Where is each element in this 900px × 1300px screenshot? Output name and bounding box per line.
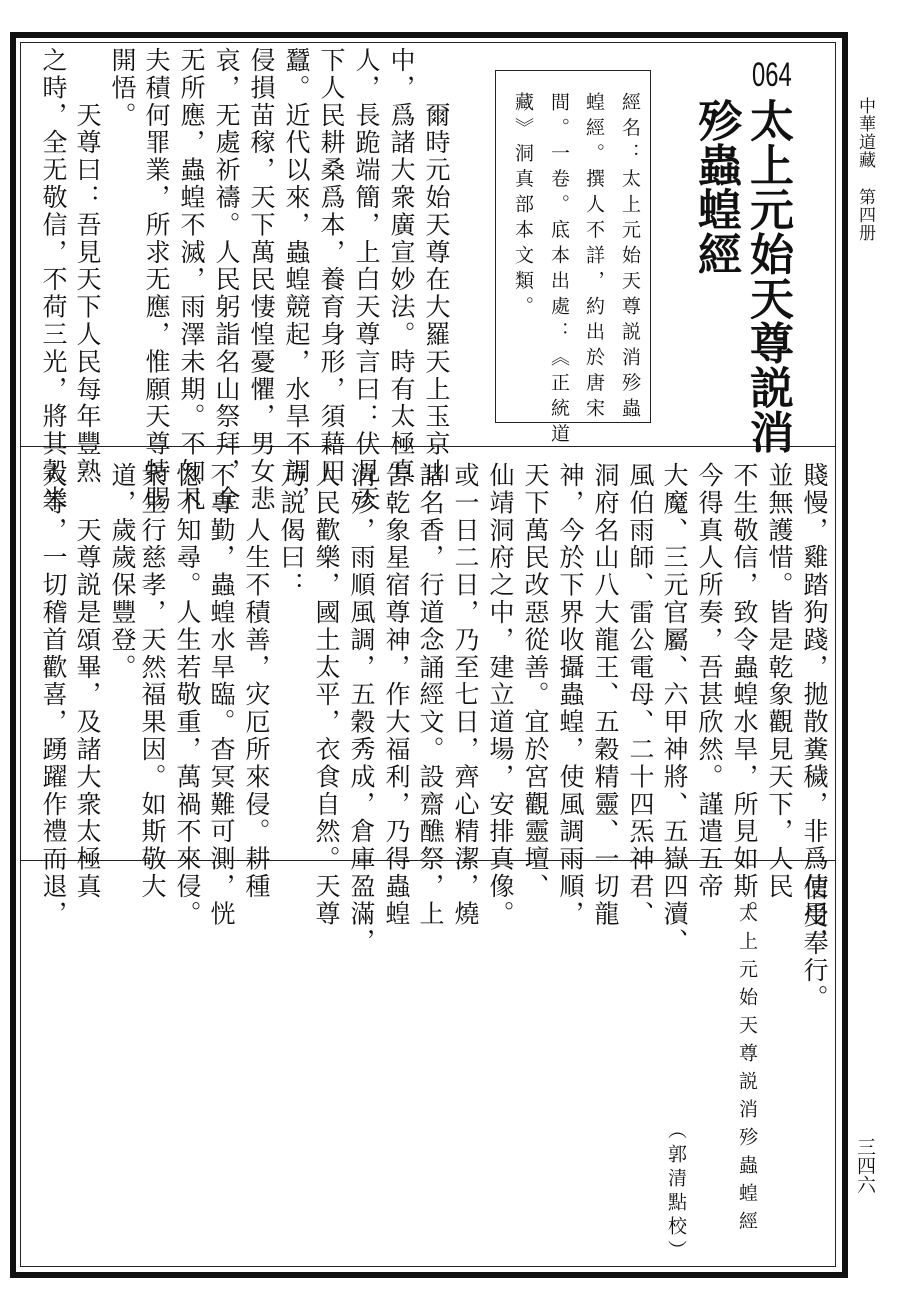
text-column: 下人民耕桑爲本，養育身形，須藉田 xyxy=(319,47,344,485)
text-column: 天下萬民改惡從善。宜於宮觀靈壇、 xyxy=(523,462,548,900)
text-column: 哀，无處祈禱。人民躬詣名山祭拜，全 xyxy=(214,47,239,513)
text-column: 人，長跪端簡，上白天尊言曰：伏見天 xyxy=(354,47,379,513)
scripture-number: 064 xyxy=(752,56,792,95)
text-column: 人等，一切稽首歡喜，踴躍作禮而退， xyxy=(41,462,66,928)
metadata-line: 間。一卷。底本出處：《正統道 xyxy=(549,92,568,449)
text-column: 並無護惜。皆是乾象觀見天下，人民 xyxy=(767,462,792,900)
text-column: 人民歡樂，國土太平，衣食自然。天尊 xyxy=(314,462,339,928)
text-column: 无所應，蟲蝗不滅，雨澤未期。不知凡 xyxy=(179,47,204,513)
text-column: 夫積何罪業，所求无應，惟願天尊特賜 xyxy=(144,47,169,513)
text-column: 惚不知尋。人生若敬重，萬禍不來侵。 xyxy=(175,462,200,928)
text-column: 爾時元始天尊在大羅天上玉京山 xyxy=(424,47,449,485)
text-column: 道，歲歲保豐登。 xyxy=(110,462,135,681)
text-column: 不生敬信，致令蟲蝗水旱，所見如斯。 xyxy=(732,462,757,928)
running-header-volume: 第四册 xyxy=(856,188,873,242)
text-column: 天尊説是頌畢，及諸大衆太極真 xyxy=(75,462,100,900)
scripture-title-line-2: 殄蟲蝗經 xyxy=(693,98,737,276)
text-column: 仙靖洞府之中，建立道場，安排真像。 xyxy=(488,462,513,928)
text-column: 乃説偈曰： xyxy=(279,462,304,599)
metadata-line: 蝗經。撰人不詳，約出於唐宋 xyxy=(584,92,603,424)
editor-note: （郭清點校） xyxy=(666,1120,685,1264)
scripture-title-line-1: 太上元始天尊説消 xyxy=(745,98,789,454)
text-column: 侵損苗稼，天下萬民悽惶憂懼，男女悲 xyxy=(249,47,274,513)
text-column: 諸名香，行道念誦經文。設齋醮祭，上 xyxy=(418,462,443,928)
metadata-line: 藏》洞真部本文類。 xyxy=(513,92,532,322)
text-column: 衆生行慈孝，天然福果因。如斯敬大 xyxy=(140,462,165,900)
text-column: 蠶。近代以來，蟲蝗競起，水旱不調， xyxy=(284,47,309,513)
text-column: 消殄，雨順風調，五穀秀成，倉庫盈滿， xyxy=(349,462,374,955)
text-column: 人生不積善，灾厄所來侵。耕種 xyxy=(244,462,269,900)
text-column: 神，今於下界收攝蟲蝗，使風調雨順， xyxy=(558,462,583,928)
text-column: 之時，全无敬信，不荷三光，將其穀米 xyxy=(41,47,66,513)
text-column: 天尊曰：吾見天下人民每年豐熟 xyxy=(75,47,100,485)
colophon-title: 太上元始天尊説消殄蟲蝗經 xyxy=(737,903,756,1239)
text-column: 不專勤，蟲蝗水旱臨。杳冥難可測，恍 xyxy=(209,462,234,928)
text-column: 告乾象星宿尊神，作大福利，乃得蟲蝗 xyxy=(384,462,409,928)
text-column: 風伯雨師、雷公電母、二十四炁神君、 xyxy=(628,462,653,928)
metadata-line: 經名：太上元始天尊説消殄蟲 xyxy=(620,92,639,424)
closing-line: 信受奉行。 xyxy=(802,875,827,1012)
text-column: 今得真人所奏，吾甚欣然。謹遣五帝 xyxy=(697,462,722,900)
text-column: 大魔、三元官屬、六甲神將、五嶽四瀆、 xyxy=(662,462,687,955)
text-column: 中，爲諸大衆廣宣妙法。時有太極真 xyxy=(389,47,414,485)
text-column: 或一日二日，乃至七日，齊心精潔，燒 xyxy=(453,462,478,928)
text-column: 洞府名山八大龍王、五穀精靈、一切龍 xyxy=(593,462,618,928)
page-number: 三四六 xyxy=(855,1137,874,1194)
text-column: 開悟。 xyxy=(110,47,135,129)
running-header-book: 中華道藏 xyxy=(856,97,873,169)
